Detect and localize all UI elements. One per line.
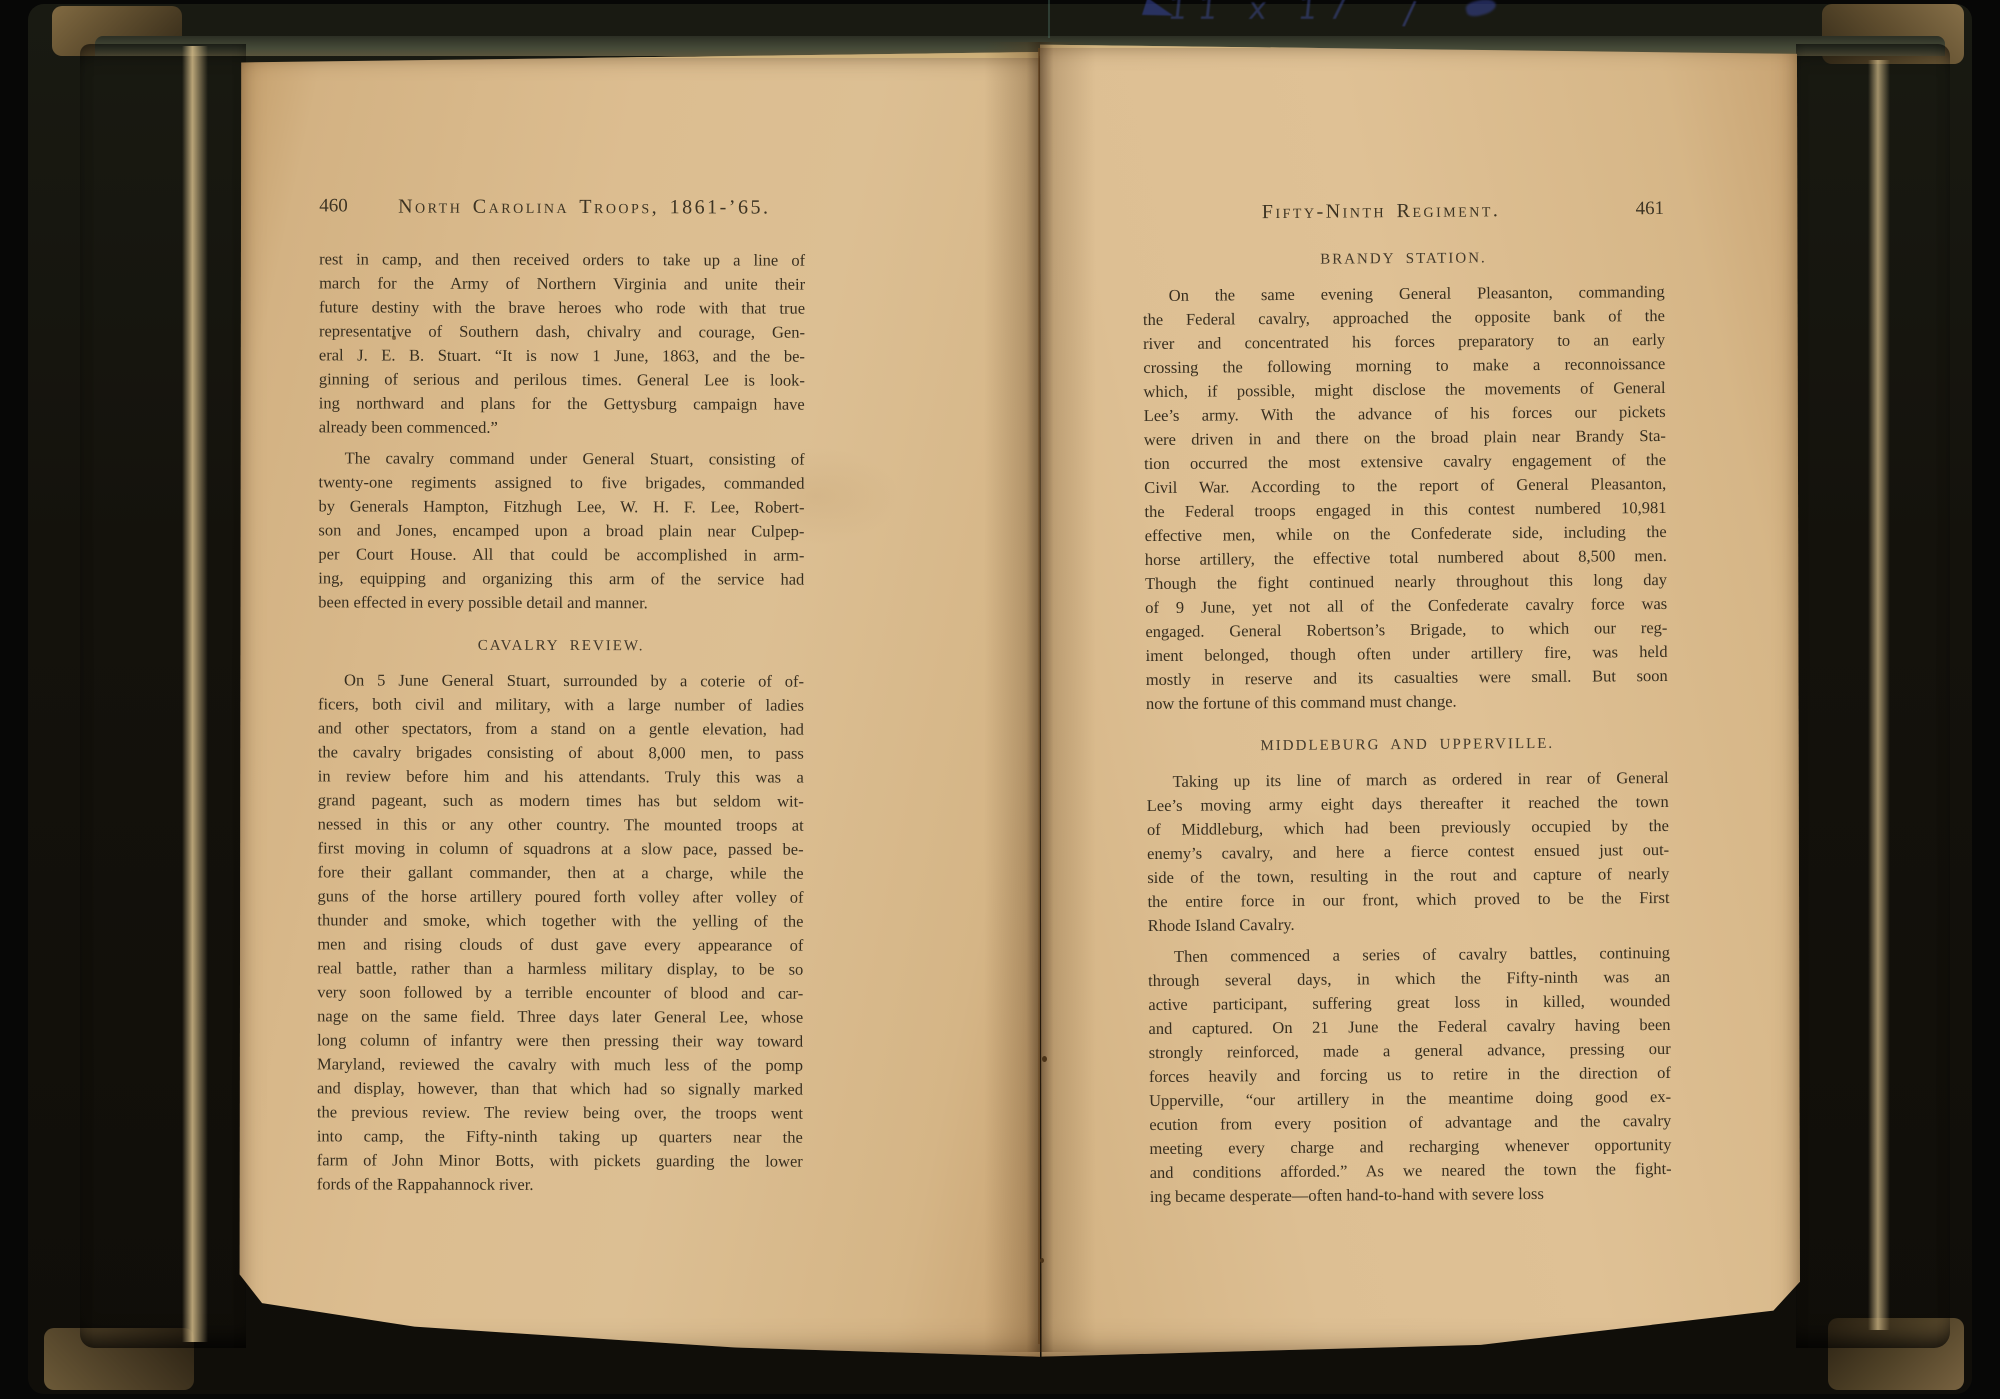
fanned-page-edges-left [80,44,246,1348]
text-line: by Generals Hampton, Fitzhugh Lee, W. H.… [318,494,804,519]
gutter-crease-line [1038,48,1040,1344]
text-line: ing northward and plans for the Gettysbu… [319,391,805,416]
text-line: been effected in every possible detail a… [318,590,804,615]
section-heading: BRANDY STATION. [1142,246,1664,272]
text-line: march for the Army of Northern Virginia … [319,271,805,296]
text-line: Maryland, reviewed the cavalry with much… [317,1052,803,1077]
text-line: nage on the same field. Three days later… [317,1004,803,1029]
text-line: The cavalry command under General Stuart… [319,446,805,471]
text-line: ing became desperate—often hand-to-hand … [1150,1181,1672,1209]
text-line: guns of the horse artillery poured forth… [317,884,803,909]
text-line: grand pageant, such as modern times has … [318,788,804,813]
text-line: representative of Southern dash, chivalr… [319,319,805,344]
text-line: the previous review. The review being ov… [317,1100,803,1125]
paragraph: On 5 June General Stuart, surrounded by … [317,668,804,1197]
text-line: first moving in column of squadrons at a… [318,836,804,861]
paragraph: Taking up its line of march as ordered i… [1146,766,1669,938]
text-line: twenty-one regiments assigned to five br… [319,470,805,495]
text-line: the entire force in our front, which pro… [1147,886,1669,914]
text-line: men and rising clouds of dust gave every… [317,932,803,957]
right-page-number: 461 [1636,198,1665,220]
paragraph: The cavalry command under General Stuart… [318,446,804,615]
text-line: already been commenced.” [319,415,805,440]
left-running-header: North Carolina Troops, 1861-’65. [319,195,805,219]
text-line: and other spectators, from a stand on a … [318,716,804,741]
page-edge-highlight-left [182,46,208,1342]
paragraph: rest in camp, and then received orders t… [319,247,806,440]
right-running-header-row: Fifty-Ninth Regiment. 461 [1142,198,1664,230]
text-line: ing, equipping and organizing this arm o… [318,566,804,591]
text-line: son and Jones, encamped upon a broad pla… [318,518,804,543]
paragraph: On the same evening General Pleasanton, … [1143,280,1668,716]
text-line: now the fortune of this command must cha… [1146,688,1668,716]
text-line: Rhode Island Cavalry. [1148,910,1670,938]
text-line: and conditions afforded.” As we neared t… [1150,1157,1672,1185]
text-line: thunder and smoke, which together with t… [317,908,803,933]
right-running-header: Fifty-Ninth Regiment. [1142,198,1664,225]
text-line: per Court House. All that could be accom… [318,542,804,567]
section-heading: MIDDLEBURG AND UPPERVILLE. [1146,732,1668,758]
text-line: future destiny with the brave heroes who… [319,295,805,320]
text-line: nessed in this or any other country. The… [318,812,804,837]
text-line: in review before him and his attendants.… [318,764,804,789]
text-line: On 5 June General Stuart, surrounded by … [318,668,804,693]
text-line: and display, however, than that which ha… [317,1076,803,1101]
paper-speck [1040,1258,1044,1263]
text-line: farm of John Minor Botts, with pickets g… [317,1148,803,1173]
left-running-header-row: 460 North Carolina Troops, 1861-’65. [319,195,805,224]
text-line: eral J. E. B. Stuart. “It is now 1 June,… [319,343,805,368]
text-line: ficers, both civil and military, with a … [318,692,804,717]
text-line: very soon followed by a terrible encount… [317,980,803,1005]
paragraph: Then commenced a series of cavalry battl… [1148,941,1672,1209]
right-page-body: BRANDY STATION.On the same evening Gener… [1142,246,1672,1209]
text-line: long column of infantry were then pressi… [317,1028,803,1053]
section-heading: CAVALRY REVIEW. [318,634,804,657]
text-line: the cavalry brigades consisting of about… [318,740,804,765]
left-page-number: 460 [319,195,348,217]
page-edge-highlight-right [1868,60,1890,1330]
text-line: mostly in reserve and its casualties wer… [1146,664,1668,692]
text-line: fore their gallant commander, then at a … [318,860,804,885]
right-page-text: Fifty-Ninth Regiment. 461 BRANDY STATION… [1142,198,1672,1216]
text-line: fords of the Rappahannock river. [317,1172,803,1197]
paper-speck [1042,1056,1047,1062]
left-page-text: 460 North Carolina Troops, 1861-’65. res… [317,195,806,1204]
left-page-body: rest in camp, and then received orders t… [317,247,805,1197]
text-line: rest in camp, and then received orders t… [319,247,805,272]
text-line: ginning of serious and perilous times. G… [319,367,805,392]
text-line: into camp, the Fifty-ninth taking up qua… [317,1124,803,1149]
text-line: real battle, rather than a harmless mili… [317,956,803,981]
book-scan-photo: { "colors":{ "background":"#070706", "pa… [0,0,2000,1399]
